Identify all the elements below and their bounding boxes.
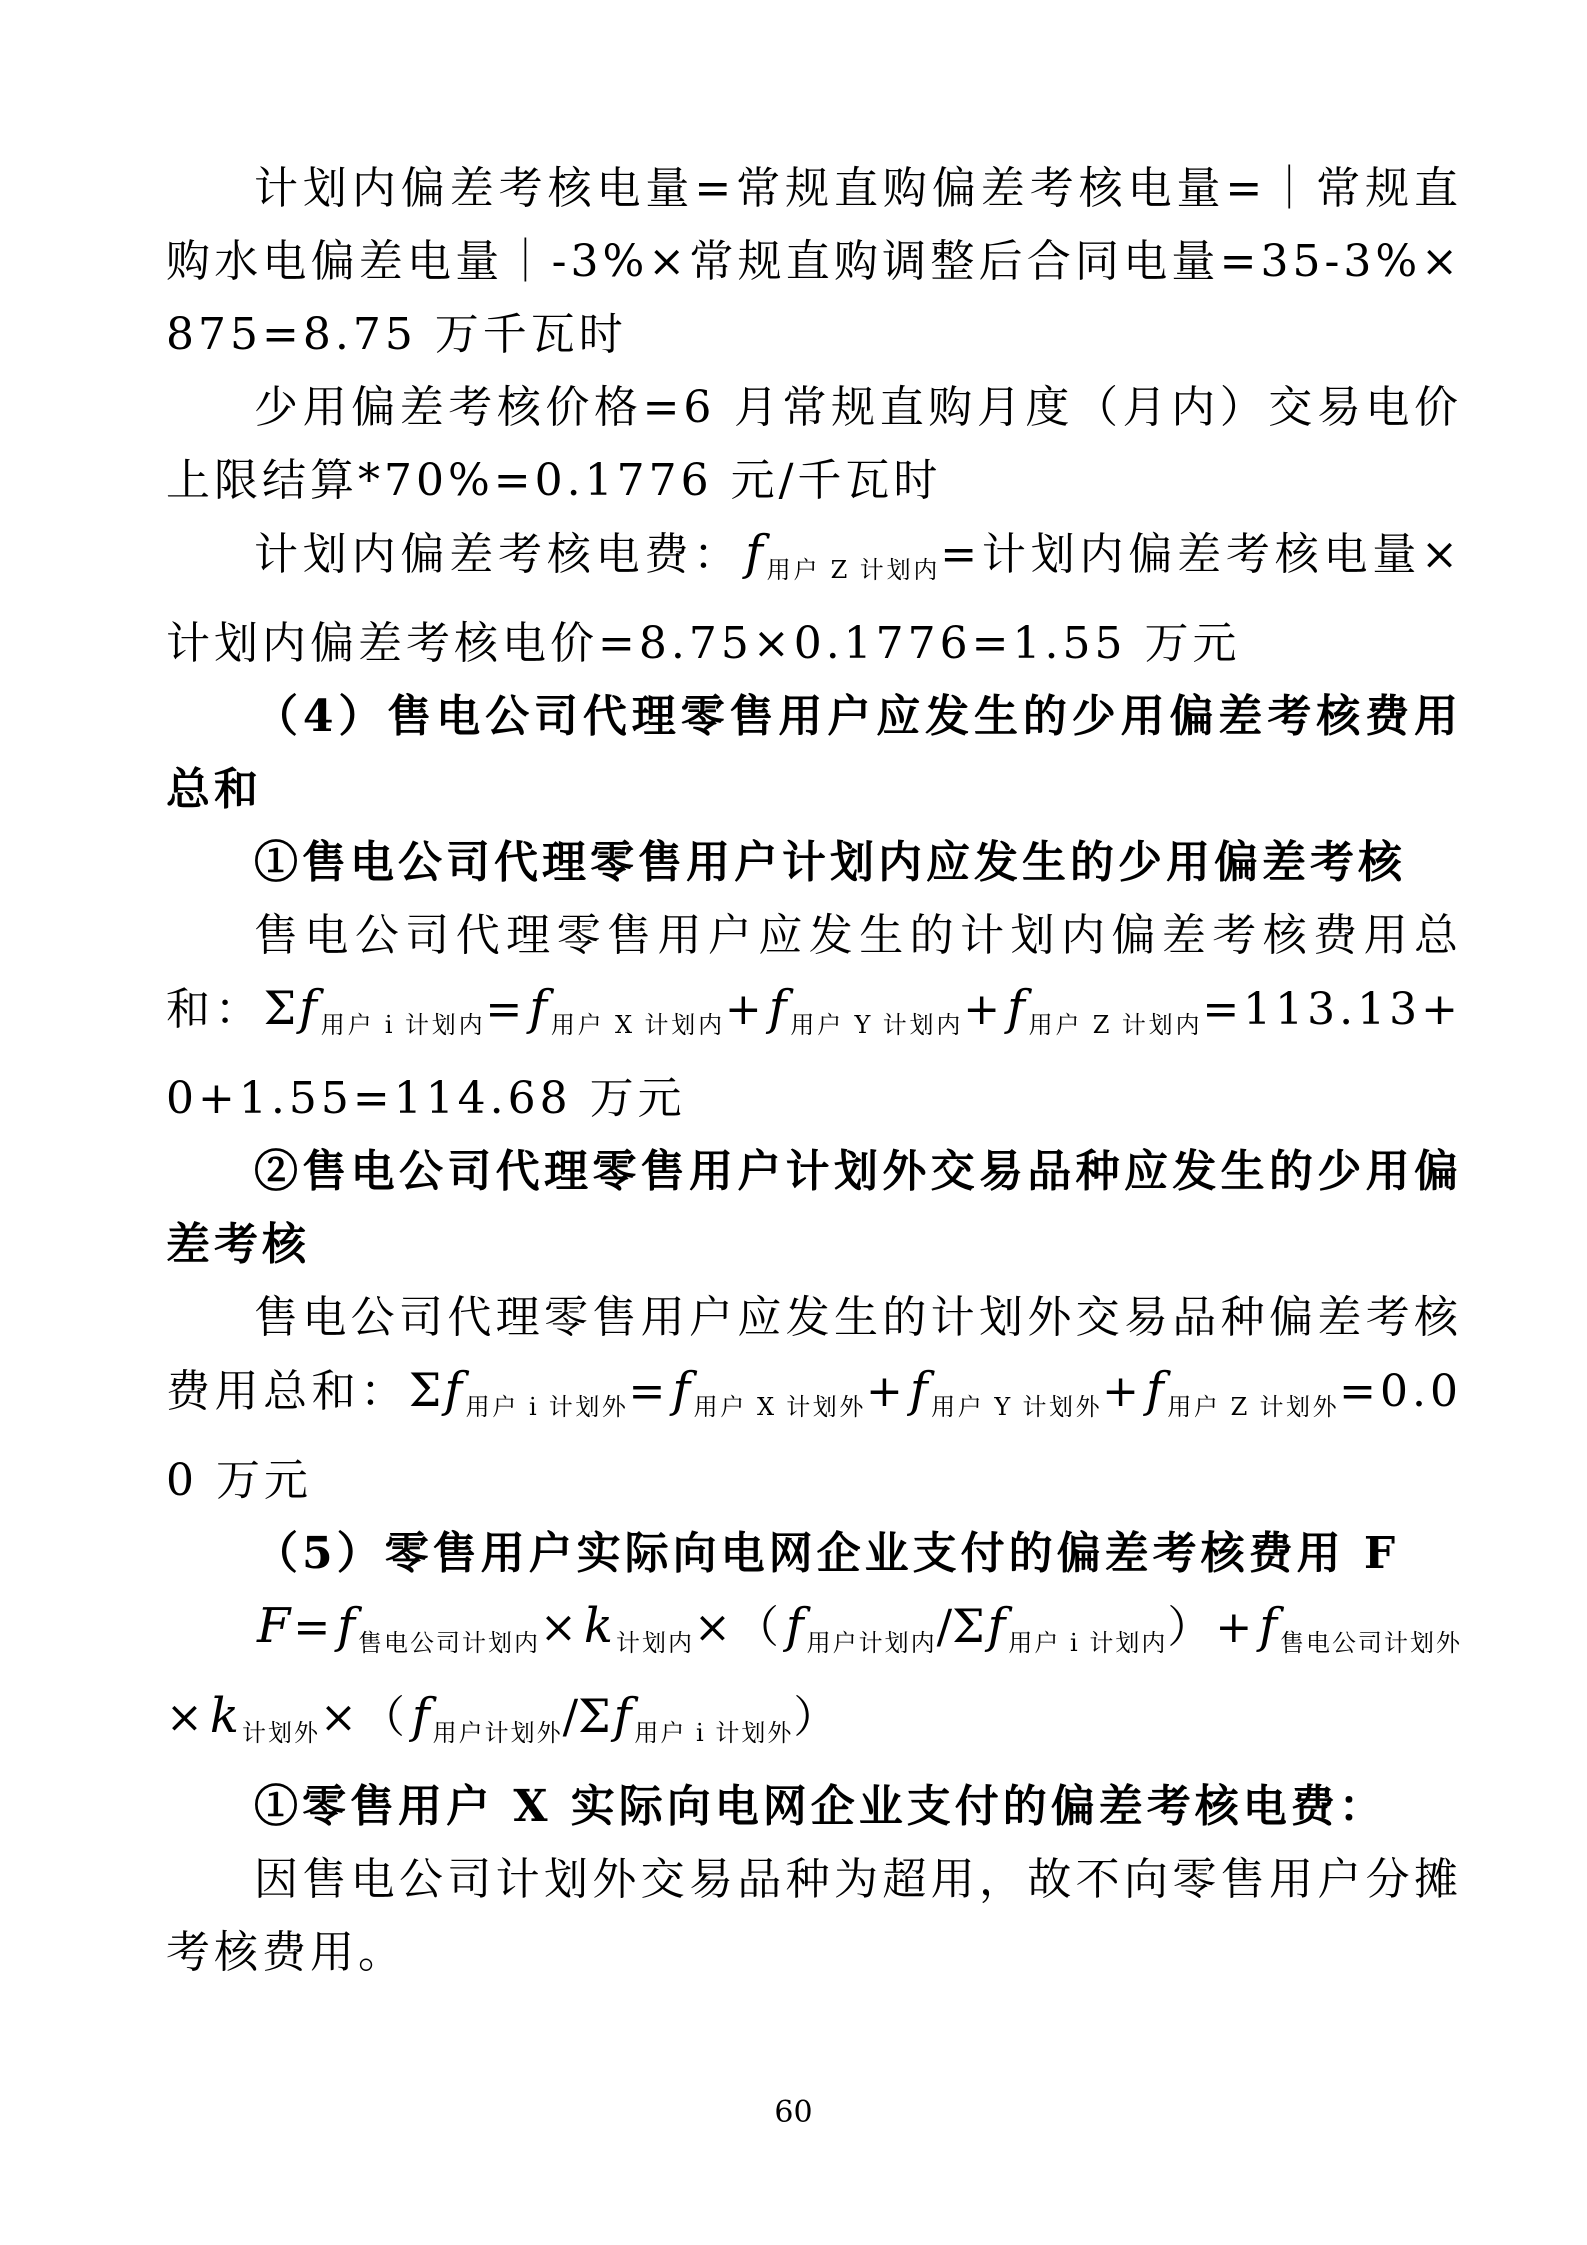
- formula-subscript: 用户 Z 计划外: [1167, 1393, 1339, 1421]
- text-run: =113.13+0+1.55=114.68 万元: [166, 984, 1462, 1124]
- heading-paragraph: ①零售用户 X 实际向电网企业支付的偏差考核电费：: [166, 1770, 1462, 1843]
- body-paragraph: 少用偏差考核价格=6 月常规直购月度（月内）交易电价上限结算*70%=0.177…: [166, 371, 1462, 517]
- formula-variable: f: [907, 1362, 931, 1418]
- text-run: +: [866, 1366, 907, 1417]
- formula-subscript: 用户 i 计划外: [465, 1393, 628, 1421]
- text-run: （4）售电公司代理零售用户应发生的少用偏差考核费用总和: [166, 691, 1462, 815]
- formula-variable: k: [581, 1598, 616, 1654]
- text-run: +: [963, 984, 1004, 1035]
- document-page: { "page": { "background_color": "#ffffff…: [0, 0, 1587, 2245]
- formula-subscript: 售电公司计划外: [1280, 1629, 1462, 1657]
- formula-subscript: 用户计划内: [807, 1629, 937, 1657]
- formula-variable: k: [207, 1688, 242, 1744]
- text-run: =: [628, 1366, 669, 1417]
- formula-variable: f: [1143, 1362, 1167, 1418]
- formula-variable: f: [985, 1598, 1009, 1654]
- formula-subscript: 用户 Z 计划内: [1028, 1011, 1202, 1039]
- text-run: 因售电公司计划外交易品种为超用，故不向零售用户分摊考核费用。: [166, 1854, 1462, 1978]
- text-run: ①零售用户 X 实际向电网企业支付的偏差考核电费：: [254, 1781, 1387, 1832]
- formula-symbol: /Σ: [937, 1599, 985, 1653]
- formula-variable: f: [1004, 980, 1028, 1036]
- formula-symbol: /Σ: [563, 1689, 611, 1743]
- formula-variable: f: [669, 1362, 693, 1418]
- formula-subscript: 用户 i 计划内: [1008, 1629, 1167, 1657]
- body-paragraph: 售电公司代理零售用户应发生的计划外交易品种偏差考核费用总和：Σf用户 i 计划外…: [166, 1281, 1462, 1517]
- text-run: =: [293, 1602, 334, 1653]
- text-run: ②售电公司代理零售用户计划外交易品种应发生的少用偏差考核: [166, 1146, 1462, 1270]
- formula-subscript: 用户 Y 计划外: [931, 1393, 1103, 1421]
- formula-subscript: 用户 X 计划外: [693, 1393, 866, 1421]
- formula-subscript: 用户 Z 计划内: [766, 556, 940, 584]
- document-body: 计划内偏差考核电量=常规直购偏差考核电量=｜常规直购水电偏差电量｜-3%×常规直…: [166, 152, 1462, 1989]
- formula-variable: f: [611, 1688, 635, 1744]
- formula-subscript: 用户 Y 计划内: [790, 1011, 964, 1039]
- body-paragraph: F=f售电公司计划内×k计划内×（f用户计划内/Σf用户 i 计划内）+f售电公…: [166, 1590, 1462, 1770]
- text-run: =: [485, 984, 526, 1035]
- formula-variable: f: [334, 1598, 358, 1654]
- text-run: +: [1102, 1366, 1143, 1417]
- text-run: ×: [166, 1692, 207, 1743]
- heading-paragraph: ①售电公司代理零售用户计划内应发生的少用偏差考核: [166, 826, 1462, 899]
- formula-variable: f: [766, 980, 790, 1036]
- page-footer: 60: [0, 2095, 1587, 2130]
- heading-paragraph: ②售电公司代理零售用户计划外交易品种应发生的少用偏差考核: [166, 1135, 1462, 1281]
- formula-subscript: 售电公司计划内: [358, 1629, 540, 1657]
- formula-symbol: Σ: [264, 981, 297, 1035]
- text-run: ×: [540, 1602, 581, 1653]
- formula-symbol: Σ: [409, 1363, 442, 1417]
- heading-paragraph: （5）零售用户实际向电网企业支付的偏差考核费用 F: [166, 1517, 1462, 1590]
- body-paragraph: 计划内偏差考核电量=常规直购偏差考核电量=｜常规直购水电偏差电量｜-3%×常规直…: [166, 152, 1462, 371]
- body-paragraph: 因售电公司计划外交易品种为超用，故不向零售用户分摊考核费用。: [166, 1843, 1462, 1989]
- formula-variable: f: [409, 1688, 433, 1744]
- text-run: ）+: [1167, 1602, 1256, 1653]
- formula-subscript: 用户 X 计划内: [550, 1011, 725, 1039]
- text-run: 少用偏差考核价格=6 月常规直购月度（月内）交易电价上限结算*70%=0.177…: [166, 382, 1462, 506]
- formula-variable: f: [441, 1362, 465, 1418]
- page-number: 60: [774, 2095, 812, 2130]
- formula-subscript: 用户 i 计划外: [634, 1719, 793, 1747]
- formula-variable: f: [1256, 1598, 1280, 1654]
- formula-subscript: 计划内: [616, 1629, 694, 1657]
- heading-paragraph: （4）售电公司代理零售用户应发生的少用偏差考核费用总和: [166, 680, 1462, 826]
- text-run: 计划内偏差考核电费：: [254, 529, 742, 580]
- text-run: ×（: [694, 1602, 783, 1653]
- text-run: ）: [793, 1692, 841, 1743]
- text-run: 计划内偏差考核电量=常规直购偏差考核电量=｜常规直购水电偏差电量｜-3%×常规直…: [166, 163, 1462, 360]
- text-run: +: [725, 984, 766, 1035]
- text-run: ①售电公司代理零售用户计划内应发生的少用偏差考核: [254, 837, 1406, 888]
- formula-subscript: 用户 i 计划内: [320, 1011, 485, 1039]
- formula-variable: f: [742, 525, 766, 581]
- formula-variable: f: [296, 980, 320, 1036]
- formula-variable: F: [254, 1598, 293, 1654]
- formula-subscript: 用户计划外: [433, 1719, 563, 1747]
- body-paragraph: 售电公司代理零售用户应发生的计划内偏差考核费用总和：Σf用户 i 计划内=f用户…: [166, 899, 1462, 1135]
- formula-variable: f: [526, 980, 550, 1036]
- body-paragraph: 计划内偏差考核电费：f用户 Z 计划内=计划内偏差考核电量×计划内偏差考核电价=…: [166, 517, 1462, 680]
- formula-subscript: 计划外: [242, 1719, 320, 1747]
- text-run: ×（: [320, 1692, 409, 1743]
- text-run: （5）零售用户实际向电网企业支付的偏差考核费用 F: [254, 1528, 1399, 1579]
- formula-variable: f: [783, 1598, 807, 1654]
